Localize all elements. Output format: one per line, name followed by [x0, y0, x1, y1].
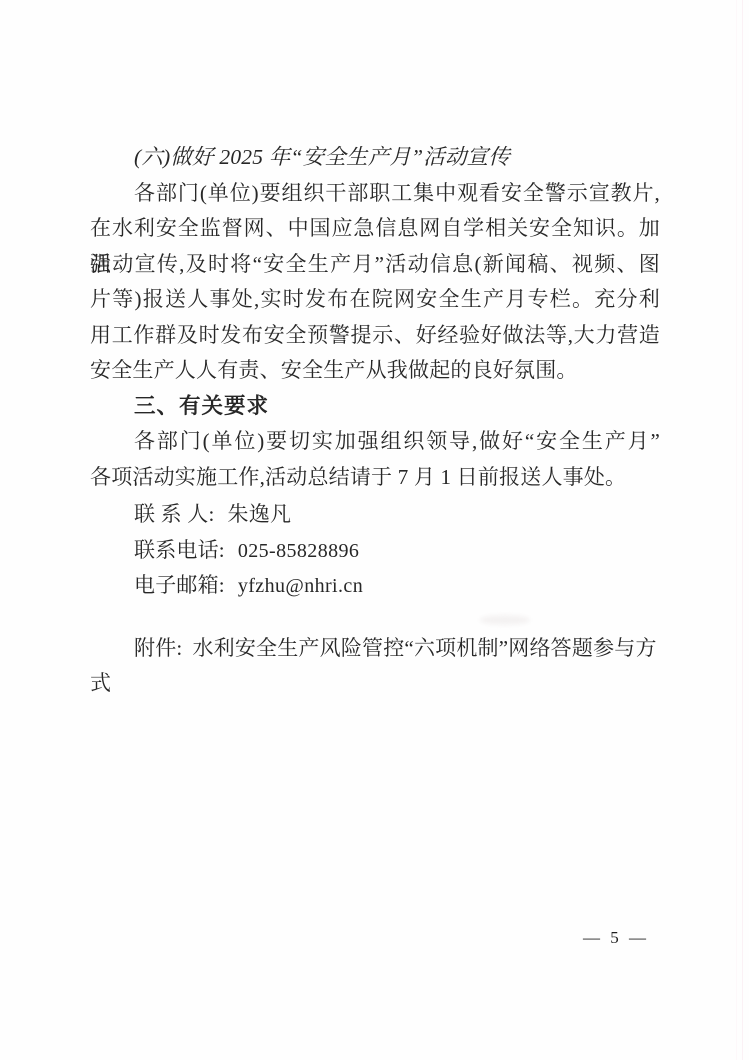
contact-email-label: 电子邮箱:: [134, 573, 225, 597]
section6-heading: (六)做好 2025 年“安全生产月”活动宣传: [90, 140, 660, 176]
contact-email-value: yfzhu@nhri.cn: [238, 575, 363, 597]
paragraph1-line-4: 片等)报送人事处,实时发布在院网安全生产月专栏。充分利: [90, 282, 660, 318]
document-body: (六)做好 2025 年“安全生产月”活动宣传 各部门(单位)要组织干部职工集中…: [90, 140, 660, 666]
contact-phone-value: 025-85828896: [238, 540, 359, 562]
section3-heading: 三、有关要求: [90, 389, 660, 425]
contact-phone-label: 联系电话:: [134, 538, 225, 562]
page-number: — 5 —: [583, 928, 649, 948]
contact-row-email: 电子邮箱:yfzhu@nhri.cn: [90, 568, 660, 604]
contact-block: 联 系 人:朱逸凡 联系电话:025-85828896 电子邮箱:yfzhu@n…: [90, 497, 660, 604]
paragraph1-line-1: 各部门(单位)要组织干部职工集中观看安全警示宣教片,: [90, 176, 660, 212]
contact-row-phone: 联系电话:025-85828896: [90, 533, 660, 569]
contact-row-person: 联 系 人:朱逸凡: [90, 497, 660, 533]
contact-person-label: 联 系 人:: [134, 502, 215, 526]
scan-edge-artifact: [742, 0, 743, 1060]
attachment-label: 附件:: [134, 636, 182, 660]
attachment-line: 附件:水利安全生产风险管控“六项机制”网络答题参与方式: [90, 631, 660, 667]
paragraph1-line-3: 活动宣传,及时将“安全生产月”活动信息(新闻稿、视频、图: [90, 247, 660, 283]
paragraph1-line-2: 在水利安全监督网、中国应急信息网自学相关安全知识。加强: [90, 211, 660, 247]
document-page: (六)做好 2025 年“安全生产月”活动宣传 各部门(单位)要组织干部职工集中…: [0, 0, 749, 1060]
paragraph1-line-6: 安全生产人人有责、安全生产从我做起的良好氛围。: [90, 353, 660, 389]
paragraph2-line-2: 各项活动实施工作,活动总结请于 7 月 1 日前报送人事处。: [90, 460, 660, 496]
scan-smudge-artifact: [480, 615, 530, 625]
contact-person-value: 朱逸凡: [228, 502, 292, 526]
paragraph1-line-5: 用工作群及时发布安全预警提示、好经验好做法等,大力营造: [90, 318, 660, 354]
scan-edge-artifact-2: [736, 0, 737, 1060]
paragraph2-line-1: 各部门(单位)要切实加强组织领导,做好“安全生产月”: [90, 424, 660, 460]
